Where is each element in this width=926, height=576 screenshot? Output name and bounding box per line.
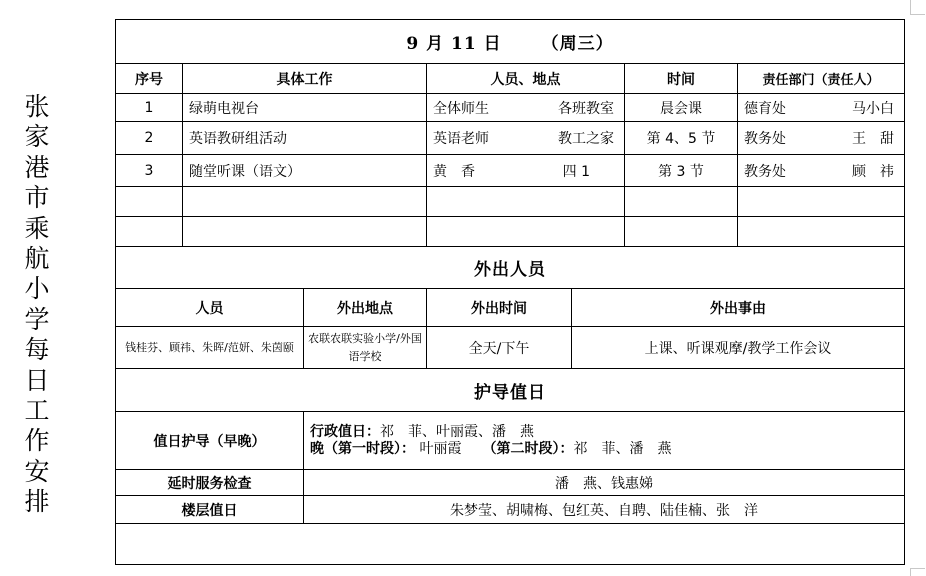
row-task: 随堂听课（语文） [183,155,426,186]
row-dept-name: 教务处 [744,128,786,148]
row-place: 四 1 [563,161,590,181]
side-title-char: 港 [22,153,52,183]
row-responsible-person: 王 甜 [852,128,894,148]
duty-patrol-detail: 行政值日：祁 菲、叶丽霞、潘 燕 晚（第一时段）： 叶丽霞 （第二时段）：祁 菲… [304,412,904,469]
duty-label-floor: 楼层值日 [116,496,303,523]
side-title-char: 张 [22,92,52,122]
duty-admin-label: 行政值日： [310,424,380,440]
side-title-char: 日 [22,366,52,396]
duty-floor-value: 朱梦莹、胡啸梅、包红英、自聘、陆佳楠、张 洋 [304,496,904,523]
duty-label-afterschool: 延时服务检查 [116,470,303,495]
duty-admin-line: 行政值日：祁 菲、叶丽霞、潘 燕 [310,424,534,441]
row-dept: 教务处 王 甜 [738,122,904,154]
date-title: 9 月 11 日 （周三） [116,20,904,63]
col-header-task: 具体工作 [183,64,426,93]
outing-place: 农联农联实验小学/外国语学校 [306,327,424,368]
empty-row [116,217,904,246]
col-header-time: 时间 [625,64,737,93]
row-people: 全体师生 [433,98,489,118]
duty-label-patrol: 值日护导（早晚） [116,412,303,469]
col-header-outing-reason: 外出事由 [572,289,904,326]
duty-evening-second-value: 祁 菲、潘 燕 [573,441,671,457]
duty-evening-first-label: 晚（第一时段）： [310,441,415,457]
col-header-no: 序号 [116,64,182,93]
duty-evening-line: 晚（第一时段）： 叶丽霞 （第二时段）：祁 菲、潘 燕 [310,441,671,458]
side-title-char: 家 [22,122,52,152]
page-corner-mark [910,568,925,576]
row-task: 英语教研组活动 [183,122,426,154]
page-corner-mark [910,0,925,15]
side-title-char: 安 [22,457,52,487]
row-place: 各班教室 [558,98,614,118]
outing-reason: 上课、听课观摩/教学工作会议 [572,327,904,368]
duty-afterschool-value: 潘 燕、钱惠娣 [304,470,904,495]
row-people-place: 全体师生 各班教室 [427,94,624,121]
row-place: 教工之家 [558,128,614,148]
side-title-char: 市 [22,183,52,213]
row-responsible-person: 马小白 [852,98,894,118]
col-header-people-place: 人员、地点 [427,64,624,93]
row-dept: 德育处 马小白 [738,94,904,121]
row-no: 2 [116,122,182,154]
col-header-outing-time: 外出时间 [427,289,571,326]
col-header-outing-place: 外出地点 [304,289,426,326]
row-people: 黄 香 [433,161,475,181]
weekday-text: （周三） [542,29,614,54]
row-dept: 教务处 顾 祎 [738,155,904,186]
row-time: 第 3 节 [625,155,737,186]
side-title-char: 每 [22,335,52,365]
side-title-char: 排 [22,487,52,517]
duty-evening-second-label: （第二时段）： [489,441,573,457]
col-header-dept: 责任部门（责任人） [738,64,904,93]
row-dept-name: 德育处 [744,98,786,118]
row-time: 晨会课 [625,94,737,121]
empty-footer-row [116,524,904,564]
side-title-char: 小 [22,274,52,304]
date-text: 9 月 11 日 [406,29,501,54]
row-time: 第 4、5 节 [625,122,737,154]
row-no: 1 [116,94,182,121]
row-people-place: 英语老师 教工之家 [427,122,624,154]
side-title-char: 学 [22,305,52,335]
row-task: 绿萌电视台 [183,94,426,121]
row-people: 英语老师 [433,128,489,148]
side-title-char: 乘 [22,214,52,244]
section-title-outing: 外出人员 [116,247,904,288]
side-title-char: 作 [22,426,52,456]
duty-admin-value: 祁 菲、叶丽霞、潘 燕 [380,424,534,440]
empty-row [116,187,904,216]
schedule-table: 9 月 11 日 （周三） 序号 具体工作 人员、地点 时间 责任部门（责任人）… [115,19,905,565]
row-people-place: 黄 香 四 1 [427,155,624,186]
row-no: 3 [116,155,182,186]
outing-time: 全天/下午 [427,327,571,368]
side-title-char: 航 [22,244,52,274]
section-title-duty: 护导值日 [116,369,904,411]
outing-people: 钱桂芬、顾祎、朱晖/范妍、朱茵颐 [118,327,301,368]
row-dept-name: 教务处 [744,161,786,181]
col-header-outing-people: 人员 [116,289,303,326]
row-responsible-person: 顾 祎 [852,161,894,181]
document-side-title: 张 家 港 市 乘 航 小 学 每 日 工 作 安 排 [22,92,52,518]
side-title-char: 工 [22,396,52,426]
duty-evening-first-value: 叶丽霞 [415,441,489,457]
